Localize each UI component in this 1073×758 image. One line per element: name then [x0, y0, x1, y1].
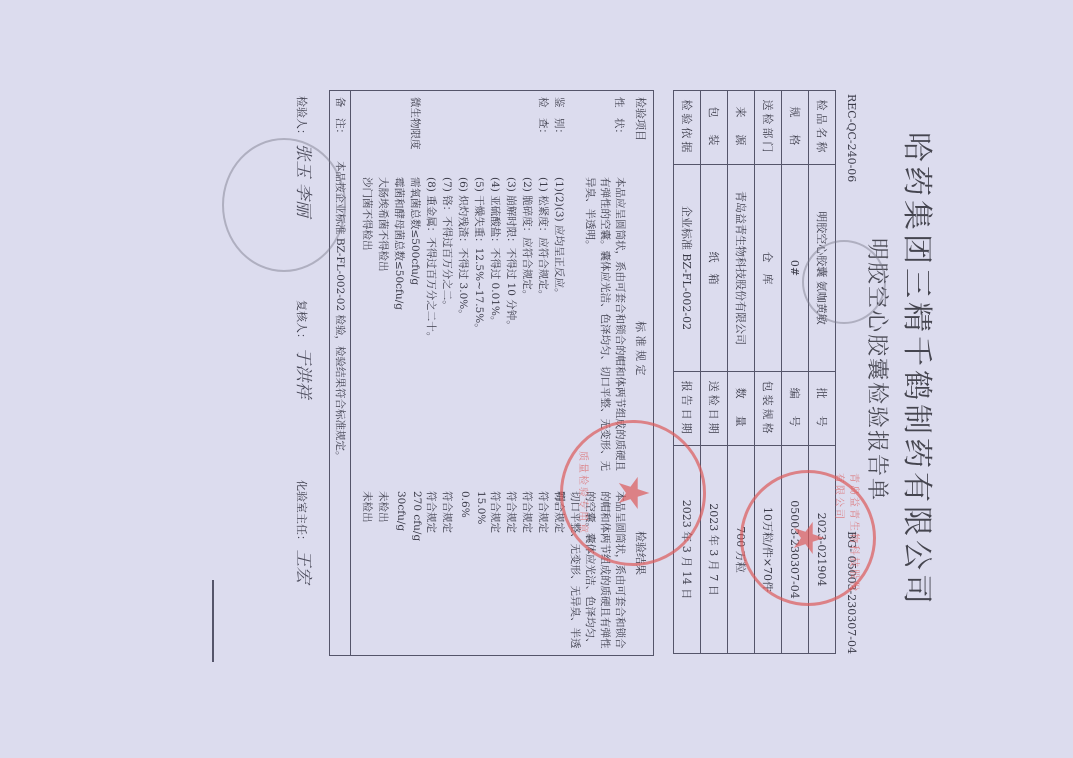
- info-label: 规 格: [782, 91, 809, 165]
- result-value: 符合规定: [424, 491, 439, 533]
- info-label: 包装规格: [755, 372, 782, 446]
- note-label: 备 注：: [333, 97, 348, 139]
- supervisor-signature: 王宏: [293, 550, 313, 584]
- result-value: 0.6%: [459, 491, 471, 518]
- info-label: 检验依据: [674, 91, 701, 165]
- result-standard: (8) 重金属：不得过百万分之二十。: [424, 177, 439, 342]
- supervisor-label: 化验室主任：: [295, 480, 308, 546]
- inspector-label: 检验人：: [295, 96, 308, 140]
- result-value: 符合规定: [504, 491, 519, 533]
- result-value: 15.0%: [475, 491, 487, 524]
- red-stamp-supplier: ★ 青岛益青生物科技股份有限公司: [740, 470, 876, 606]
- results-section: 检验项目 标 准 规 定 检验结果 性 状：本品应呈圆筒状，系由可套合和锁合的帽…: [350, 90, 654, 656]
- info-value: 仓 库: [755, 164, 782, 371]
- info-row: 检验依据企业标准 BZ-FL-002-02报告日期2023 年 3 月 14 日: [674, 91, 701, 654]
- stamp-text: 质量检验专用章: [577, 451, 592, 535]
- result-standard: (6) 炽灼残渣：不得过 3.0%。: [456, 177, 471, 320]
- gray-stamp-faded: [222, 138, 346, 272]
- result-section: 检 查：: [536, 97, 551, 139]
- info-label: 检品名称: [809, 91, 836, 165]
- info-label: 送检日期: [701, 372, 728, 446]
- result-standard: 霉菌和酵母菌总数≤50cfu/g: [392, 177, 407, 310]
- reviewer-label: 复核人：: [295, 300, 308, 344]
- result-standard: (4) 亚硫酸盐：不得过 0.01%。: [488, 177, 503, 326]
- result-value: 符合规定: [440, 491, 455, 533]
- result-value: 符合规定: [536, 491, 551, 533]
- result-standard: (2) 脆碎度：应符合规定。: [520, 177, 535, 300]
- info-label: 编 号: [782, 372, 809, 446]
- info-label: 来 源: [728, 91, 755, 165]
- reviewer-signature: 于洪祥: [293, 348, 313, 399]
- info-value: 青岛益青生物科技股份有限公司: [728, 164, 755, 371]
- info-label: 送检部门: [755, 91, 782, 165]
- company-name: 哈药集团三精千鹤制药有限公司: [898, 90, 942, 650]
- stamp-text: 青岛益青生物科技股份有限公司: [833, 473, 863, 603]
- result-value: 未检出: [376, 491, 391, 523]
- result-standard: (1)(2)(3) 应均呈正反应。: [552, 177, 567, 298]
- star-icon: ★: [787, 519, 829, 557]
- info-label: 批 号: [809, 372, 836, 446]
- info-value: 2023 年 3 月 7 日: [701, 446, 728, 654]
- reviewer: 复核人： 于洪祥: [293, 300, 318, 399]
- result-value: 30cfu/g: [395, 491, 407, 531]
- result-standard: 大肠埃希菌不得检出: [376, 177, 391, 272]
- result-value: 未检出: [360, 491, 375, 523]
- scanned-document: 哈药集团三精千鹤制药有限公司 明胶空心胶囊检验报告单 REC-QC-240-06…: [0, 0, 1073, 758]
- result-standard: (1) 松紧度：应符合规定。: [536, 177, 551, 300]
- result-section: 鉴 别：: [552, 97, 567, 139]
- result-standard: (3) 崩解时限：不得过 10 分钟。: [504, 177, 519, 331]
- info-value: 企业标准 BZ-FL-002-02: [674, 164, 701, 371]
- supervisor: 化验室主任： 王宏: [293, 480, 318, 584]
- report-page: 哈药集团三精千鹤制药有限公司 明胶空心胶囊检验报告单 REC-QC-240-06…: [186, 90, 946, 710]
- info-label: 数 量: [728, 372, 755, 446]
- gray-stamp-faded-2: [802, 240, 886, 324]
- result-standard: (7) 铬：不得过百万分之二。: [440, 177, 455, 311]
- red-stamp-qc: ★ 质量检验专用章: [560, 420, 706, 566]
- result-value: 符合规定: [488, 491, 503, 533]
- header-item: 检验项目: [633, 97, 649, 141]
- result-standard: (5) 干燥失重：12.5%~17.5%。: [472, 177, 487, 334]
- info-label: 包 装: [701, 91, 728, 165]
- result-section: 性 状：: [612, 97, 627, 139]
- header-standard: 标 准 规 定: [633, 321, 649, 376]
- info-value: 纸 箱: [701, 164, 728, 371]
- result-standard: 沙门菌不得检出: [360, 177, 375, 251]
- result-standard: 需氧菌总数≤500cfu/g: [408, 177, 423, 285]
- result-value: 270 cfu/g: [411, 491, 423, 541]
- margin-mark: [212, 580, 214, 662]
- info-row: 包 装纸 箱送检日期2023 年 3 月 7 日: [701, 91, 728, 654]
- form-number: REC-QC-240-06: [845, 94, 858, 182]
- result-value: 符合规定: [520, 491, 535, 533]
- star-icon: ★: [612, 474, 654, 512]
- result-section: 微生物限度: [408, 97, 423, 150]
